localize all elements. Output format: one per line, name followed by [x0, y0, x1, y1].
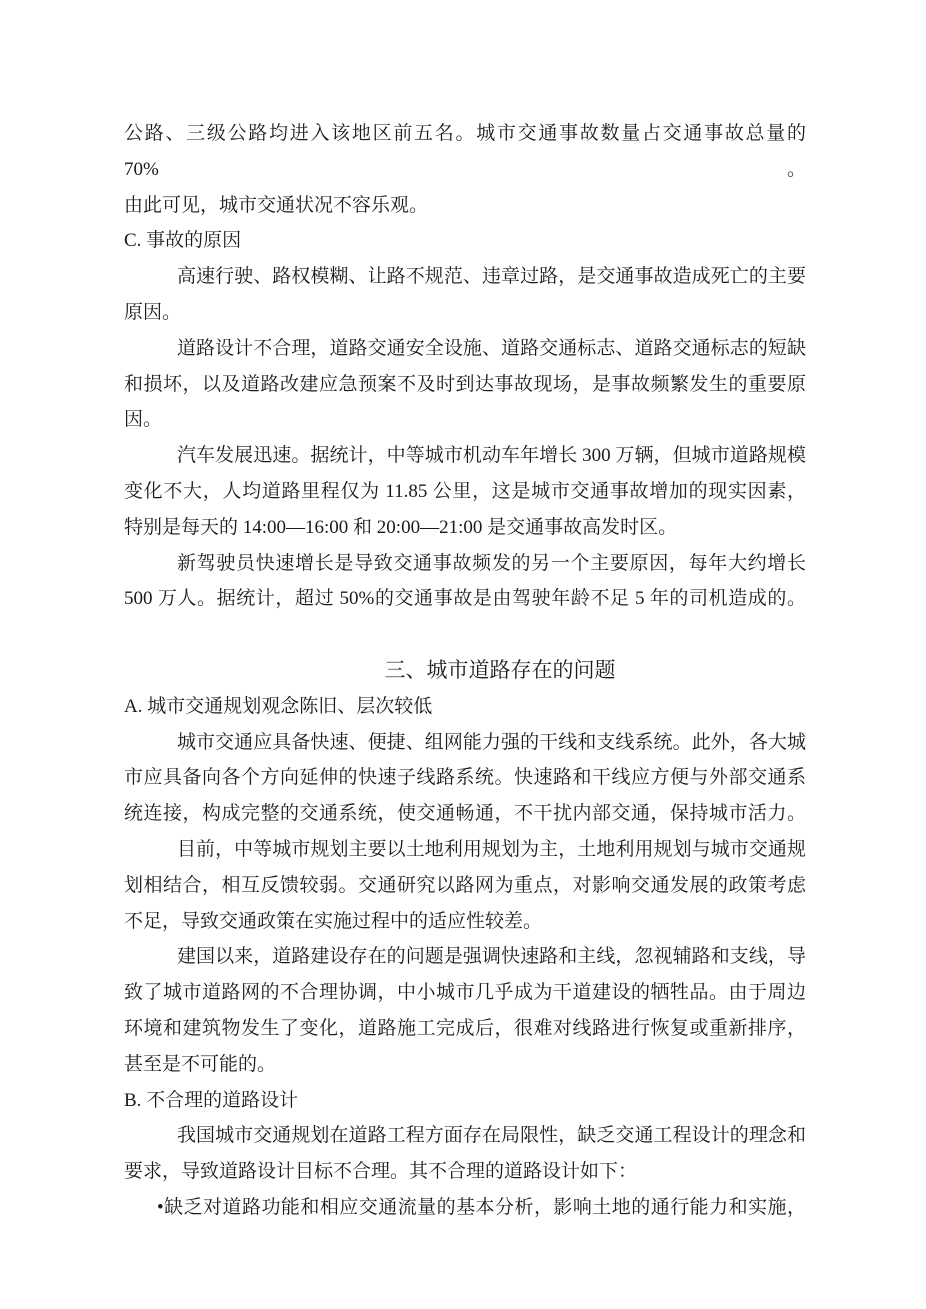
text-line: 要求，导致道路设计目标不合理。其不合理的道路设计如下： — [124, 1154, 806, 1190]
text-line: 原因。 — [124, 295, 806, 331]
list-heading-c: C. 事故的原因 — [124, 223, 806, 259]
section-heading: 三、城市道路存在的问题 — [159, 653, 841, 689]
text-line: 建国以来，道路建设存在的问题是强调快速路和主线，忽视辅路和支线，导 — [124, 939, 806, 975]
text-line: 环境和建筑物发生了变化，道路施工完成后，很难对线路进行恢复或重新排序， — [124, 1011, 806, 1047]
document-page: 公路、三级公路均进入该地区前五名。城市交通事故数量占交通事故总量的 70%。 由… — [0, 0, 926, 1309]
text-line: 公路、三级公路均进入该地区前五名。城市交通事故数量占交通事故总量的 70%。 — [124, 116, 806, 188]
text-line: 变化不大，人均道路里程仅为 11.85 公里，这是城市交通事故增加的现实因素， — [124, 474, 806, 510]
text-line: 城市交通应具备快速、便捷、组网能力强的干线和支线系统。此外，各大城 — [124, 725, 806, 761]
text-line: 目前，中等城市规划主要以土地利用规划为主，土地利用规划与城市交通规 — [124, 832, 806, 868]
list-heading-b: B. 不合理的道路设计 — [124, 1083, 806, 1119]
text-line: 不足，导致交通政策在实施过程中的适应性较差。 — [124, 904, 806, 940]
text-line: 致了城市道路网的不合理协调，中小城市几乎成为干道建设的牺牲品。由于周边 — [124, 975, 806, 1011]
text-line: 统连接，构成完整的交通系统，使交通畅通，不干扰内部交通，保持城市活力。 — [124, 796, 806, 832]
text-line: 我国城市交通规划在道路工程方面存在局限性，缺乏交通工程设计的理念和 — [124, 1118, 806, 1154]
text-line: 甚至是不可能的。 — [124, 1047, 806, 1083]
text-line: 划相结合，相互反馈较弱。交通研究以路网为重点，对影响交通发展的政策考虑 — [124, 868, 806, 904]
text-line: 特别是每天的 14:00—16:00 和 20:00—21:00 是交通事故高发… — [124, 510, 806, 546]
text-line: 由此可见，城市交通状况不容乐观。 — [124, 188, 806, 224]
text-line: 和损坏，以及道路改建应急预案不及时到达事故现场，是事故频繁发生的重要原 — [124, 367, 806, 403]
text-line: 新驾驶员快速增长是导致交通事故频发的另一个主要原因，每年大约增长 — [124, 546, 806, 582]
text-line: 市应具备向各个方向延伸的快速子线路系统。快速路和干线应方便与外部交通系 — [124, 760, 806, 796]
document-text-block: 公路、三级公路均进入该地区前五名。城市交通事故数量占交通事故总量的 70%。 由… — [124, 116, 806, 1226]
bullet-text-line: •缺乏对道路功能和相应交通流量的基本分析，影响土地的通行能力和实施， — [124, 1190, 806, 1226]
blank-line — [124, 617, 806, 653]
text-line: 汽车发展迅速。据统计，中等城市机动车年增长 300 万辆，但城市道路规模 — [124, 438, 806, 474]
list-heading-a: A. 城市交通规划观念陈旧、层次较低 — [124, 689, 806, 725]
text-line: 因。 — [124, 402, 806, 438]
text-line: 500 万人。据统计，超过 50%的交通事故是由驾驶年龄不足 5 年的司机造成的… — [124, 581, 806, 617]
text-line: 高速行驶、路权模糊、让路不规范、违章过路，是交通事故造成死亡的主要 — [124, 259, 806, 295]
text-line: 道路设计不合理，道路交通安全设施、道路交通标志、道路交通标志的短缺 — [124, 331, 806, 367]
